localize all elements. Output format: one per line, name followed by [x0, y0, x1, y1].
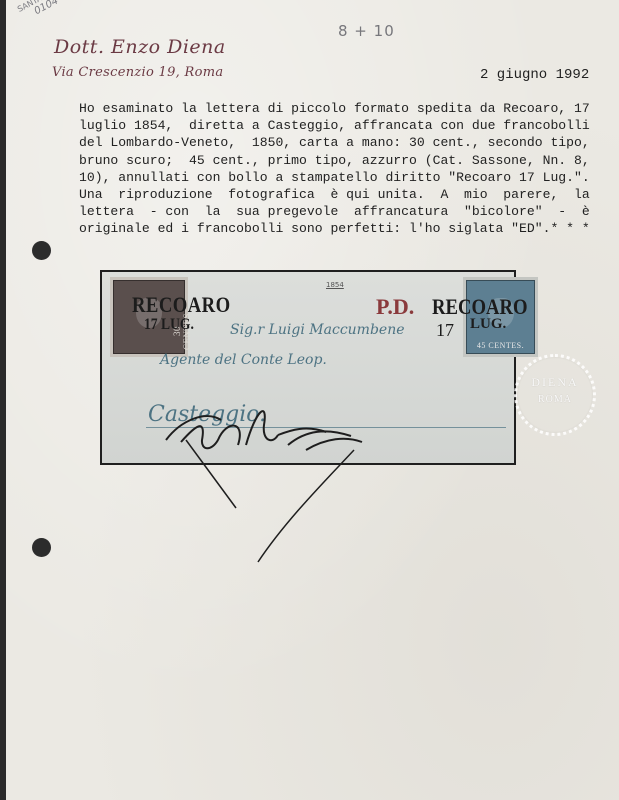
body-line: del Lombardo-Veneto, 1850, carta a mano:… — [79, 134, 594, 151]
address-line-1: Sig.r Luigi Maccumbene — [230, 322, 405, 338]
body-line: Ho esaminato la lettera di piccolo forma… — [79, 100, 594, 117]
body-line: Una riproduzione fotografica è qui unita… — [79, 186, 594, 203]
postmark-left-date: 17 LUG. — [144, 316, 194, 334]
body-line: originale ed i francobolli sono perfetti… — [79, 220, 594, 237]
address-underline — [146, 427, 506, 428]
address-city: Casteggio. — [148, 402, 266, 427]
address-line-3: Casteggio. — [148, 402, 266, 427]
punch-hole-top — [32, 241, 51, 260]
certificate-page: SANTAC 0104 8 + 10 Dott. Enzo Diena Via … — [6, 0, 619, 800]
pd-handstamp: P.D. — [376, 294, 414, 320]
postmark-right-day: 17 — [436, 320, 454, 341]
pencil-reference-note: SANTAC 0104 — [16, 0, 60, 24]
embossed-seal: DIENA ROMA — [514, 354, 596, 436]
pencil-catalog-note: 8 + 10 — [338, 22, 395, 40]
body-line: lettera - con la sua pregevole affrancat… — [79, 203, 594, 220]
stamp-value-label: 45 CENTES. — [467, 341, 534, 350]
certificate-date: 2 giugno 1992 — [480, 67, 589, 83]
cover-photograph: 1854 30 CENTES 45 CENTES. RECOARO 17 LUG… — [100, 270, 516, 465]
letterhead-address: Via Crescenzio 19, Roma — [52, 65, 223, 80]
body-line: 10), annullati con bollo a stampatello d… — [79, 169, 594, 186]
year-note: 1854 — [326, 281, 344, 289]
seal-line-2: ROMA — [517, 394, 593, 405]
body-line: luglio 1854, diretta a Casteggio, affran… — [79, 117, 594, 134]
postmark-right-month: LUG. — [470, 316, 506, 333]
punch-hole-bottom — [32, 538, 51, 557]
certificate-body: Ho esaminato la lettera di piccolo forma… — [79, 100, 594, 238]
body-line: bruno scuro; 45 cent., primo tipo, azzur… — [79, 152, 594, 169]
address-line-2: Agente del Conte Leop. — [160, 352, 327, 368]
seal-line-1: DIENA — [517, 375, 593, 390]
postmark-left-town: RECOARO — [132, 292, 231, 318]
letterhead-name: Dott. Enzo Diena — [54, 36, 226, 58]
